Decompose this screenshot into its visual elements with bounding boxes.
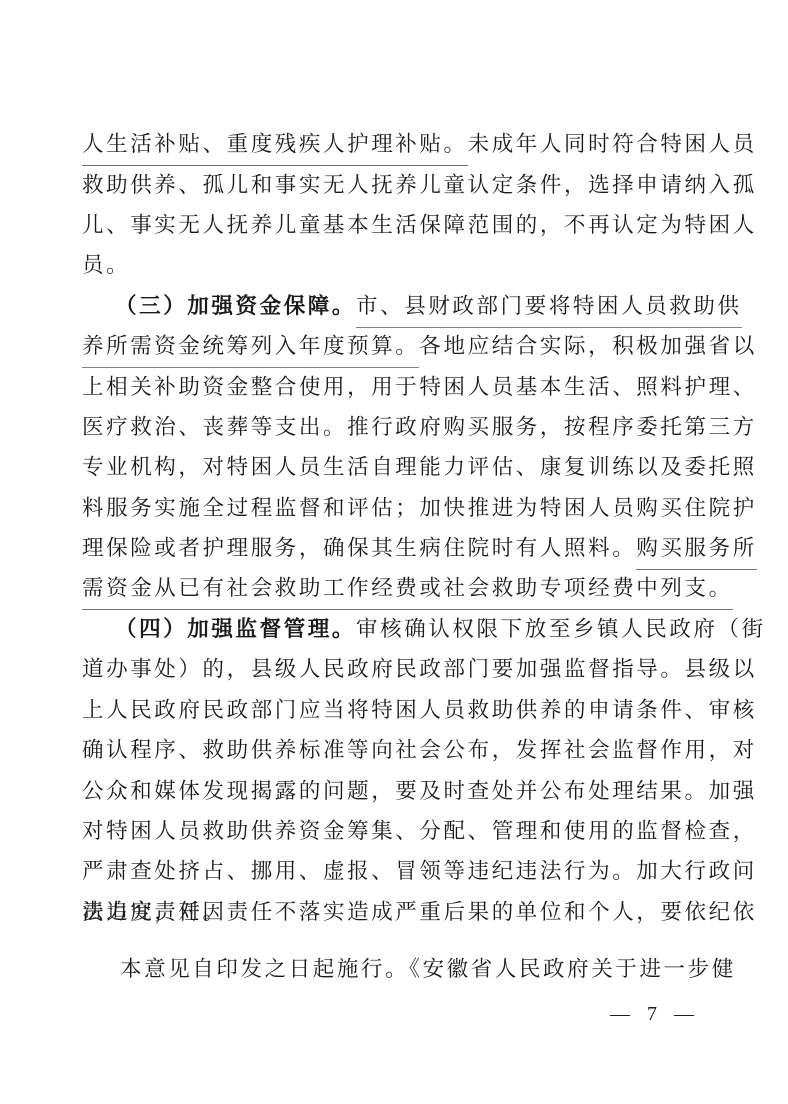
text-line: 法追究责任。 (82, 898, 702, 928)
section-heading: （三）加强资金保障。 (115, 294, 356, 319)
text-line: 人生活补贴、重度残疾人护理补贴。未成年人同时符合特困人员 (82, 130, 702, 160)
text-line: 救助供养、孤儿和事实无人抚养儿童认定条件，选择申请纳入孤 (82, 171, 702, 201)
line-text: 各地应结合实际，积极加强省以 (419, 334, 756, 359)
line-text: 道办事处）的，县级人民政府民政部门要加强监督指导。县级以 (82, 657, 757, 682)
text-line: 道办事处）的，县级人民政府民政部门要加强监督指导。县级以 (82, 655, 702, 685)
line-text: 上相关补助资金整合使用，用于特困人员基本生活、照料护理、 (82, 375, 757, 400)
line-text: 员。 (82, 253, 130, 278)
text-line: 专业机构，对特困人员生活自理能力评估、康复训练以及委托照 (82, 453, 702, 483)
text-line: 公众和媒体发现揭露的问题，要及时查处并公布处理结果。加强 (82, 777, 702, 807)
line-text: 专业机构，对特困人员生活自理能力评估、康复训练以及委托照 (82, 455, 757, 480)
line-text: 救助供养、孤儿和事实无人抚养儿童认定条件，选择申请纳入孤 (82, 173, 757, 198)
line-text: 确认程序、救助供养标准等向社会公布，发挥社会监督作用，对 (82, 738, 757, 763)
line-text: 严肃查处挤占、挪用、虚报、冒领等违纪违法行为。加大行政问 (82, 859, 757, 884)
text-line: 本意见自印发之日起施行。《安徽省人民政府关于进一步健 (120, 955, 740, 985)
text-line: 对特困人员救助供养资金筹集、分配、管理和使用的监督检查， (82, 817, 702, 847)
line-text: 法追究责任。 (82, 900, 227, 925)
document-page: 人生活补贴、重度残疾人护理补贴。未成年人同时符合特困人员 救助供养、孤儿和事实无… (0, 0, 788, 1104)
line-text: 审核确认权限下放至乡镇人民政府（街 (356, 617, 766, 642)
line-text: 理保险或者护理服务，确保其生病住院时有人照料。 (82, 536, 636, 561)
text-line: 养所需资金统筹列入年度预算。各地应结合实际，积极加强省以 (82, 332, 702, 362)
text-line: 确认程序、救助供养标准等向社会公布，发挥社会监督作用，对 (82, 736, 702, 766)
highlighted-text: 需资金从已有社会救助工作经费或社会救助专项经费中列支。 (82, 576, 733, 610)
text-line: 理保险或者护理服务，确保其生病住院时有人照料。购买服务所 (82, 534, 702, 564)
page-number: — 7 — (610, 1003, 700, 1026)
line-text: 上人民政府民政部门应当将特困人员救助供养的申请条件、审核 (82, 698, 757, 723)
line-text: 公众和媒体发现揭露的问题，要及时查处并公布处理结果。加强 (82, 779, 757, 804)
highlighted-text: 购买服务所 (636, 536, 757, 570)
text-line: 医疗救治、丧葬等支出。推行政府购买服务，按程序委托第三方 (82, 413, 702, 443)
line-text: 对特困人员救助供养资金筹集、分配、管理和使用的监督检查， (82, 819, 757, 844)
line-text: 未成年人同时符合特困人员 (468, 132, 757, 157)
highlighted-text: 人生活补贴、重度残疾人护理补贴。 (82, 132, 468, 166)
highlighted-text: 养所需资金统筹列入年度预算。 (82, 334, 419, 368)
text-line: 上人民政府民政部门应当将特困人员救助供养的申请条件、审核 (82, 696, 702, 726)
text-line: 严肃查处挤占、挪用、虚报、冒领等违纪违法行为。加大行政问 (82, 857, 702, 887)
highlighted-text: 市、县财政部门要将特困人员救助供 (356, 294, 742, 328)
line-text: 本意见自印发之日起施行。《安徽省人民政府关于进一步健 (120, 957, 736, 982)
section-heading-line: （四）加强监督管理。审核确认权限下放至乡镇人民政府（街 (115, 615, 735, 645)
section-heading-line: （三）加强资金保障。市、县财政部门要将特困人员救助供 (115, 292, 735, 322)
line-text: 医疗救治、丧葬等支出。推行政府购买服务，按程序委托第三方 (82, 415, 757, 440)
line-text: 料服务实施全过程监督和评估；加快推进为特困人员购买住院护 (82, 496, 757, 521)
text-line: 料服务实施全过程监督和评估；加快推进为特困人员购买住院护 (82, 494, 702, 524)
text-line: 需资金从已有社会救助工作经费或社会救助专项经费中列支。 (82, 574, 702, 604)
text-line: 员。 (82, 251, 702, 281)
section-heading: （四）加强监督管理。 (115, 617, 356, 642)
text-line: 儿、事实无人抚养儿童基本生活保障范围的，不再认定为特困人 (82, 211, 702, 241)
line-text: 儿、事实无人抚养儿童基本生活保障范围的，不再认定为特困人 (82, 213, 757, 238)
text-line: 上相关补助资金整合使用，用于特困人员基本生活、照料护理、 (82, 373, 702, 403)
